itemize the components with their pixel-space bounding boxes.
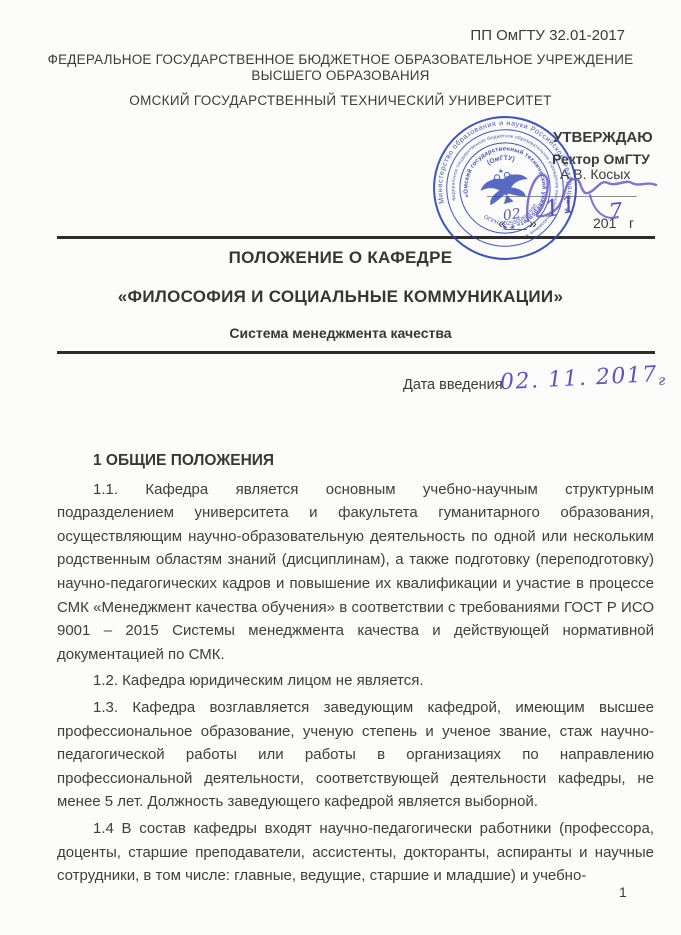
page-number: 1	[619, 884, 627, 900]
doc-code: ПП ОмГТУ 32.01-2017	[0, 27, 625, 44]
paragraph-1-4: 1.4 В состав кафедры входят научно-педаг…	[57, 817, 654, 888]
document-body: 1 ОБЩИЕ ПОЛОЖЕНИЯ 1.1. Кафедра является …	[57, 449, 654, 888]
organization-name-line1: ФЕДЕРАЛЬНОЕ ГОСУДАРСТВЕННОЕ БЮДЖЕТНОЕ ОБ…	[0, 52, 681, 67]
effective-date-value: 02. 11. 2017	[499, 362, 658, 395]
organization-name-line2: ВЫСШЕГО ОБРАЗОВАНИЯ	[0, 68, 681, 83]
paragraph-1-2: 1.2. Кафедра юридическим лицом не являет…	[57, 669, 654, 693]
paragraph-1-3: 1.3. Кафедра возглавляется заведующим ка…	[57, 696, 654, 814]
handwritten-year-digit: 7	[608, 198, 624, 223]
effective-date-label: Дата введения	[403, 377, 503, 393]
paragraph-1-1: 1.1. Кафедра является основным учебно-на…	[57, 478, 654, 667]
document-page: ПП ОмГТУ 32.01-2017 ФЕДЕРАЛЬНОЕ ГОСУДАРС…	[0, 0, 681, 935]
divider-bottom	[57, 351, 655, 354]
effective-date-suffix: г	[658, 373, 666, 389]
section-heading: 1 ОБЩИЕ ПОЛОЖЕНИЯ	[57, 449, 654, 473]
department-name: «ФИЛОСОФИЯ И СОЦИАЛЬНЫЕ КОММУНИКАЦИИ»	[0, 287, 681, 307]
qms-subtitle: Система менеджмента качества	[0, 325, 681, 341]
university-name: ОМСКИЙ ГОСУДАРСТВЕННЫЙ ТЕХНИЧЕСКИЙ УНИВЕ…	[0, 93, 681, 108]
effective-date-handwritten: 02. 11. 2017г	[499, 362, 665, 398]
